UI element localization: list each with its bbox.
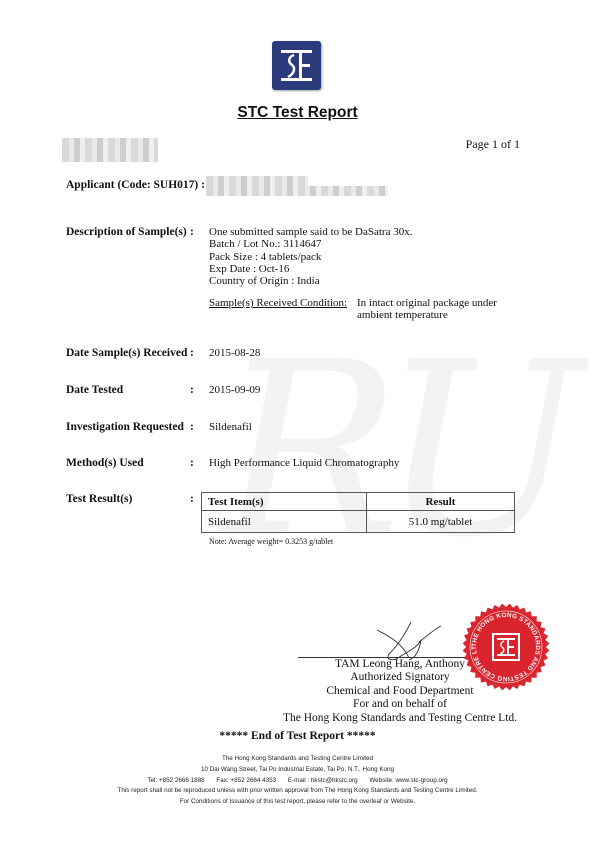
test-result-colon: :: [190, 493, 194, 505]
footer-conditions: For Conditions of Issuance of this test …: [0, 797, 595, 808]
footer-email[interactable]: E-mail : hkstc@hkstc.org: [288, 777, 358, 784]
method-value: High Performance Liquid Chromatography: [209, 457, 399, 469]
page-number: Page 1 of 1: [466, 137, 520, 152]
result-cell: 51.0 mg/tablet: [367, 511, 515, 533]
average-weight-note: Note: Average weight= 0.3253 g/tablet: [209, 537, 333, 546]
footer-website[interactable]: Website: www.stc-group.org: [369, 777, 447, 784]
applicant-label: Applicant (Code: SUH017) :: [66, 179, 205, 191]
condition-value: In intact original package under ambient…: [357, 297, 497, 322]
date-received-colon: :: [190, 347, 194, 359]
description-value: One submitted sample said to be DaSatra …: [209, 226, 412, 287]
investigation-label: Investigation Requested: [66, 421, 184, 433]
on-behalf-text: For and on behalf of: [280, 698, 520, 711]
condition-line: In intact original package under: [357, 297, 497, 309]
date-received-label: Date Sample(s) Received: [66, 347, 187, 359]
page-footer: The Hong Kong Standards and Testing Cent…: [0, 754, 595, 808]
company-seal-stamp: THE HONG KONG STANDARDS AND TESTING CENT…: [462, 603, 550, 691]
date-tested-colon: :: [190, 384, 194, 396]
footer-disclaimer: This report shall not be reproduced unle…: [0, 786, 595, 797]
company-name: The Hong Kong Standards and Testing Cent…: [280, 712, 520, 725]
footer-company: The Hong Kong Standards and Testing Cent…: [0, 754, 595, 765]
end-of-report-marker: ***** End of Test Report *****: [0, 730, 595, 742]
description-line: One submitted sample said to be DaSatra …: [209, 226, 412, 238]
test-result-label: Test Result(s): [66, 493, 132, 505]
investigation-colon: :: [190, 421, 194, 433]
test-report-page: RU STC Test Report Page 1 of 1 Applicant…: [0, 0, 595, 842]
column-header-result: Result: [367, 493, 515, 511]
footer-address: 10 Dai Wang Street, Tai Po Industrial Es…: [0, 765, 595, 776]
date-received-value: 2015-08-28: [209, 347, 260, 359]
description-line: Batch / Lot No.: 3114647: [209, 238, 412, 250]
date-tested-label: Date Tested: [66, 384, 123, 396]
table-row: Sildenafil 51.0 mg/tablet: [202, 511, 515, 533]
description-colon: :: [190, 226, 194, 238]
watermark: RU: [220, 330, 563, 570]
condition-line: ambient temperature: [357, 309, 497, 321]
description-line: Country of Origin : India: [209, 275, 412, 287]
redacted-applicant-address: [206, 186, 388, 196]
method-label: Method(s) Used: [66, 457, 144, 469]
redacted-report-number: [62, 138, 158, 162]
description-line: Pack Size : 4 tablets/pack: [209, 251, 412, 263]
column-header-test-item: Test Item(s): [202, 493, 367, 511]
date-tested-value: 2015-09-09: [209, 384, 260, 396]
description-label: Description of Sample(s): [66, 226, 187, 238]
redacted-applicant-name: [206, 176, 308, 186]
condition-label: Sample(s) Received Condition:: [209, 297, 347, 309]
footer-contact: Tel: +852 2666 1888 Fax: +852 2664 4353 …: [0, 776, 595, 787]
investigation-value: Sildenafil: [209, 421, 252, 433]
report-title: STC Test Report: [0, 104, 595, 122]
description-line: Exp Date : Oct-16: [209, 263, 412, 275]
footer-tel: Tel: +852 2666 1888: [147, 777, 204, 784]
footer-fax: Fax: +852 2664 4353: [216, 777, 276, 784]
method-colon: :: [190, 457, 194, 469]
results-header-row: Test Item(s) Result: [202, 493, 515, 511]
test-item-cell: Sildenafil: [202, 511, 367, 533]
results-table: Test Item(s) Result Sildenafil 51.0 mg/t…: [201, 492, 515, 533]
stc-logo-icon: [272, 41, 321, 90]
